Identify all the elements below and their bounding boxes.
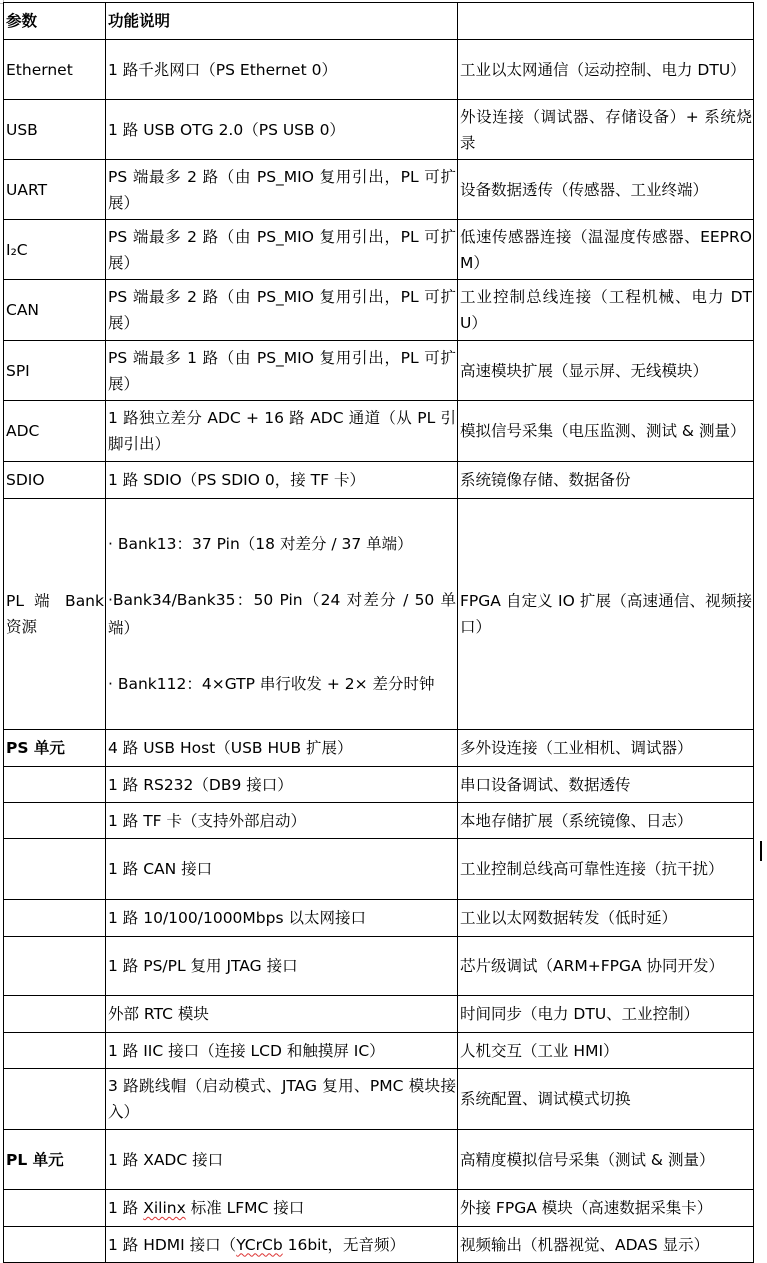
table-row-ps-can: 1 路 CAN 接口 工业控制总线高可靠性连接（抗干扰）: [4, 839, 754, 900]
desc-text: 16bit，无音频）: [283, 1236, 405, 1254]
desc-cell: 1 路 HDMI 接口（YCrCb 16bit，无音频）: [106, 1227, 458, 1263]
desc-cell: 1 路 10/100/1000Mbps 以太网接口: [106, 900, 458, 937]
desc-cell: 1 路 USB OTG 2.0（PS USB 0）: [106, 100, 458, 160]
bank13-line: · Bank13：37 Pin（18 对差分 / 37 单端）: [108, 530, 456, 558]
desc-cell: 1 路千兆网口（PS Ethernet 0）: [106, 40, 458, 100]
param-cell: PL 端 Bank 资源: [4, 499, 106, 730]
desc-cell: PS 端最多 2 路（由 PS_MIO 复用引出，PL 可扩展）: [106, 160, 458, 220]
desc-cell: 1 路 RS232（DB9 接口）: [106, 767, 458, 803]
param-cell: I₂C: [4, 220, 106, 280]
empty-param-cell: [4, 1033, 106, 1069]
use-cell: FPGA 自定义 IO 扩展（高速通信、视频接口）: [458, 499, 754, 730]
table-row-ps-usb-host: PS 单元 4 路 USB Host（USB HUB 扩展） 多外设连接（工业相…: [4, 730, 754, 767]
table-row-ethernet: Ethernet 1 路千兆网口（PS Ethernet 0） 工业以太网通信（…: [4, 40, 754, 100]
use-cell: 工业以太网数据转发（低时延）: [458, 900, 754, 937]
pl-unit-label: PL 单元: [4, 1130, 106, 1190]
table-row-can: CAN PS 端最多 2 路（由 PS_MIO 复用引出，PL 可扩展） 工业控…: [4, 280, 754, 341]
desc-text: 标准 LFMC 接口: [186, 1199, 305, 1217]
param-cell: SPI: [4, 341, 106, 401]
header-empty: [458, 3, 754, 40]
use-cell: 本地存储扩展（系统镜像、日志）: [458, 803, 754, 839]
table-row-adc: ADC 1 路独立差分 ADC + 16 路 ADC 通道（从 PL 引脚引出）…: [4, 401, 754, 462]
use-cell: 视频输出（机器视觉、ADAS 显示）: [458, 1227, 754, 1263]
desc-cell: 1 路独立差分 ADC + 16 路 ADC 通道（从 PL 引脚引出）: [106, 401, 458, 462]
param-cell: CAN: [4, 280, 106, 341]
desc-cell: 3 路跳线帽（启动模式、JTAG 复用、PMC 模块接入）: [106, 1069, 458, 1130]
empty-param-cell: [4, 839, 106, 900]
use-cell: 系统配置、调试模式切换: [458, 1069, 754, 1130]
use-cell: 高速模块扩展（显示屏、无线模块）: [458, 341, 754, 401]
table-row-ps-jtag: 1 路 PS/PL 复用 JTAG 接口 芯片级调试（ARM+FPGA 协同开发…: [4, 937, 754, 996]
use-cell: 低速传感器连接（温湿度传感器、EEPROM）: [458, 220, 754, 280]
table-row-ps-rs232: 1 路 RS232（DB9 接口） 串口设备调试、数据透传: [4, 767, 754, 803]
use-cell: 人机交互（工业 HMI）: [458, 1033, 754, 1069]
table-row-i2c: I₂C PS 端最多 2 路（由 PS_MIO 复用引出，PL 可扩展） 低速传…: [4, 220, 754, 280]
use-cell: 多外设连接（工业相机、调试器）: [458, 730, 754, 767]
use-cell: 设备数据透传（传感器、工业终端）: [458, 160, 754, 220]
table-row-pl-hdmi: 1 路 HDMI 接口（YCrCb 16bit，无音频） 视频输出（机器视觉、A…: [4, 1227, 754, 1263]
param-cell: UART: [4, 160, 106, 220]
param-cell: USB: [4, 100, 106, 160]
table-row-pl-lfmc: 1 路 Xilinx 标准 LFMC 接口 外接 FPGA 模块（高速数据采集卡…: [4, 1190, 754, 1227]
table-row-uart: UART PS 端最多 2 路（由 PS_MIO 复用引出，PL 可扩展） 设备…: [4, 160, 754, 220]
desc-cell: 1 路 Xilinx 标准 LFMC 接口: [106, 1190, 458, 1227]
desc-cell-bank-list: · Bank13：37 Pin（18 对差分 / 37 单端） ·Bank34/…: [106, 499, 458, 730]
ps-unit-label: PS 单元: [4, 730, 106, 767]
table-row-pl-bank: PL 端 Bank 资源 · Bank13：37 Pin（18 对差分 / 37…: [4, 499, 754, 730]
use-cell: 外接 FPGA 模块（高速数据采集卡）: [458, 1190, 754, 1227]
param-cell: Ethernet: [4, 40, 106, 100]
desc-cell: 1 路 TF 卡（支持外部启动）: [106, 803, 458, 839]
table-row-ps-iic: 1 路 IIC 接口（连接 LCD 和触摸屏 IC） 人机交互（工业 HMI）: [4, 1033, 754, 1069]
desc-cell: PS 端最多 2 路（由 PS_MIO 复用引出，PL 可扩展）: [106, 220, 458, 280]
bank34-35-line: ·Bank34/Bank35：50 Pin（24 对差分 / 50 单端）: [108, 586, 456, 642]
use-cell: 外设连接（调试器、存储设备）+ 系统烧录: [458, 100, 754, 160]
empty-param-cell: [4, 1227, 106, 1263]
table-row-sdio: SDIO 1 路 SDIO（PS SDIO 0，接 TF 卡） 系统镜像存储、数…: [4, 462, 754, 499]
param-cell: ADC: [4, 401, 106, 462]
spellcheck-flagged-word[interactable]: YCrCb: [236, 1236, 282, 1254]
empty-param-cell: [4, 996, 106, 1033]
header-param: 参数: [4, 3, 106, 40]
use-cell: 工业控制总线高可靠性连接（抗干扰）: [458, 839, 754, 900]
use-cell: 时间同步（电力 DTU、工业控制）: [458, 996, 754, 1033]
desc-cell: 1 路 CAN 接口: [106, 839, 458, 900]
empty-param-cell: [4, 767, 106, 803]
desc-cell: 1 路 PS/PL 复用 JTAG 接口: [106, 937, 458, 996]
desc-cell: 4 路 USB Host（USB HUB 扩展）: [106, 730, 458, 767]
use-cell: 串口设备调试、数据透传: [458, 767, 754, 803]
bank-gap: [108, 558, 456, 586]
header-function: 功能说明: [106, 3, 458, 40]
param-cell: SDIO: [4, 462, 106, 499]
use-cell: 芯片级调试（ARM+FPGA 协同开发）: [458, 937, 754, 996]
table-row-ps-tf: 1 路 TF 卡（支持外部启动） 本地存储扩展（系统镜像、日志）: [4, 803, 754, 839]
use-cell: 模拟信号采集（电压监测、测试 & 测量）: [458, 401, 754, 462]
bank112-line: · Bank112：4×GTP 串行收发 + 2× 差分时钟: [108, 670, 456, 698]
table-row-ps-rtc: 外部 RTC 模块 时间同步（电力 DTU、工业控制）: [4, 996, 754, 1033]
use-cell: 工业以太网通信（运动控制、电力 DTU）: [458, 40, 754, 100]
desc-cell: 外部 RTC 模块: [106, 996, 458, 1033]
use-cell: 系统镜像存储、数据备份: [458, 462, 754, 499]
bank-gap: [108, 642, 456, 670]
desc-cell: 1 路 SDIO（PS SDIO 0，接 TF 卡）: [106, 462, 458, 499]
desc-text: 1 路: [108, 1199, 143, 1217]
empty-param-cell: [4, 803, 106, 839]
desc-cell: 1 路 IIC 接口（连接 LCD 和触摸屏 IC）: [106, 1033, 458, 1069]
table-row-ps-jumper: 3 路跳线帽（启动模式、JTAG 复用、PMC 模块接入） 系统配置、调试模式切…: [4, 1069, 754, 1130]
desc-cell: PS 端最多 1 路（由 PS_MIO 复用引出，PL 可扩展）: [106, 341, 458, 401]
table-header-row: 参数 功能说明: [4, 3, 754, 40]
empty-param-cell: [4, 1190, 106, 1227]
table-row-pl-xadc: PL 单元 1 路 XADC 接口 高精度模拟信号采集（测试 & 测量）: [4, 1130, 754, 1190]
table-row-ps-ethernet: 1 路 10/100/1000Mbps 以太网接口 工业以太网数据转发（低时延）: [4, 900, 754, 937]
desc-text: 1 路 HDMI 接口（: [108, 1236, 236, 1254]
table-row-usb: USB 1 路 USB OTG 2.0（PS USB 0） 外设连接（调试器、存…: [4, 100, 754, 160]
use-cell: 高精度模拟信号采集（测试 & 测量）: [458, 1130, 754, 1190]
empty-param-cell: [4, 900, 106, 937]
empty-param-cell: [4, 937, 106, 996]
spellcheck-flagged-word[interactable]: Xilinx: [143, 1199, 186, 1217]
empty-param-cell: [4, 1069, 106, 1130]
desc-cell: PS 端最多 2 路（由 PS_MIO 复用引出，PL 可扩展）: [106, 280, 458, 341]
use-cell: 工业控制总线连接（工程机械、电力 DTU）: [458, 280, 754, 341]
desc-cell: 1 路 XADC 接口: [106, 1130, 458, 1190]
text-cursor-caret: [760, 841, 762, 861]
interface-spec-table: 参数 功能说明 Ethernet 1 路千兆网口（PS Ethernet 0） …: [3, 2, 754, 1263]
table-row-spi: SPI PS 端最多 1 路（由 PS_MIO 复用引出，PL 可扩展） 高速模…: [4, 341, 754, 401]
